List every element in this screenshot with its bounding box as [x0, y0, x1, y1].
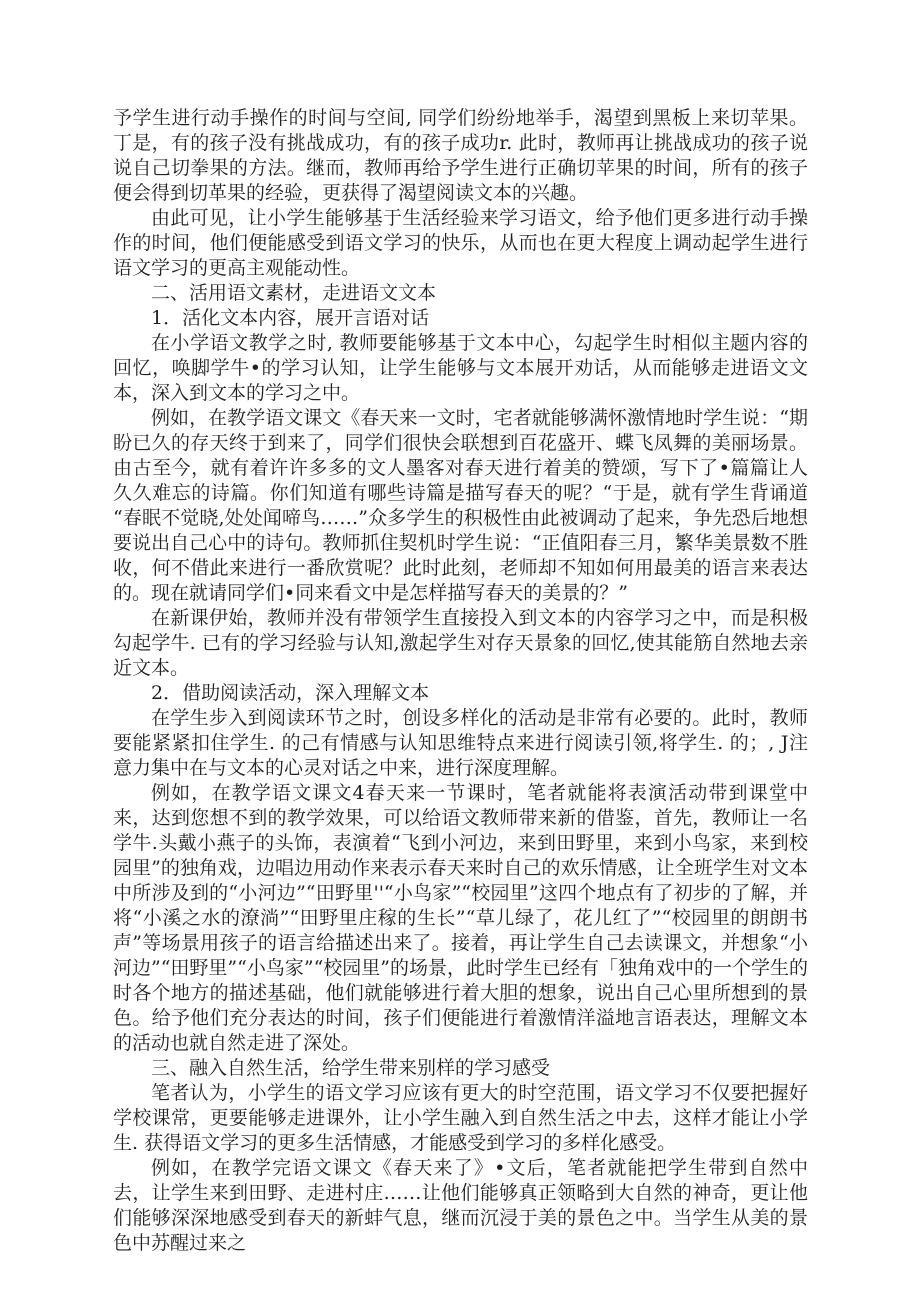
- paragraph-continuation: 予学生进行动手操作的时间与空间, 同学们纷纷地举手，渴望到黑板上来切苹果。丁是，…: [113, 106, 808, 206]
- paragraph-body: 由此可见，让小学生能够基于生活经验来学习语文，给予他们更多进行动手操作的时间，他…: [113, 206, 808, 281]
- subsection-heading-2-1: 1．活化文本内容，展开言语对话: [113, 306, 808, 331]
- paragraph-body: 在新课伊始，教师并没有带领学生直接投入到文本的内容学习之中，而是积极勾起学牛. …: [113, 606, 808, 681]
- paragraph-body: 在学生步入到阅读环节之时，创设多样化的活动是非常有必要的。此时，教师要能紧紧扣住…: [113, 706, 808, 781]
- document-text-block: 予学生进行动手操作的时间与空间, 同学们纷纷地举手，渴望到黑板上来切苹果。丁是，…: [113, 106, 808, 1256]
- section-heading-2: 二、活用语文素材，走进语文文本: [113, 281, 808, 306]
- paragraph-example: 例如，在教学完语文课文《春天来了》•文后，笔者就能把学生带到自然中去，让学生来到…: [113, 1156, 808, 1256]
- document-page: 予学生进行动手操作的时间与空间, 同学们纷纷地举手，渴望到黑板上来切苹果。丁是，…: [0, 0, 920, 1301]
- paragraph-body: 在小学语文教学之时, 教师要能够基于文本中心，勾起学生时相似主题内容的回忆，唤脚…: [113, 331, 808, 406]
- subsection-heading-2-2: 2．借助阅读活动，深入理解文本: [113, 681, 808, 706]
- paragraph-example: 例如，在教学语文课文《春天来一文时，宅者就能够满怀激情地时学生说：“期盼已久的存…: [113, 406, 808, 606]
- paragraph-body: 笔者认为，小学生的语文学习应该有更大的时空范围，语文学习不仅要把握好学校课常，更…: [113, 1081, 808, 1156]
- paragraph-example: 例如，在教学语文课文4春天来一节课时，笔者就能将表演活动带到课堂中来，达到您想不…: [113, 781, 808, 1056]
- section-heading-3: 三、融入自然生活，给学生带来别样的学习感受: [113, 1056, 808, 1081]
